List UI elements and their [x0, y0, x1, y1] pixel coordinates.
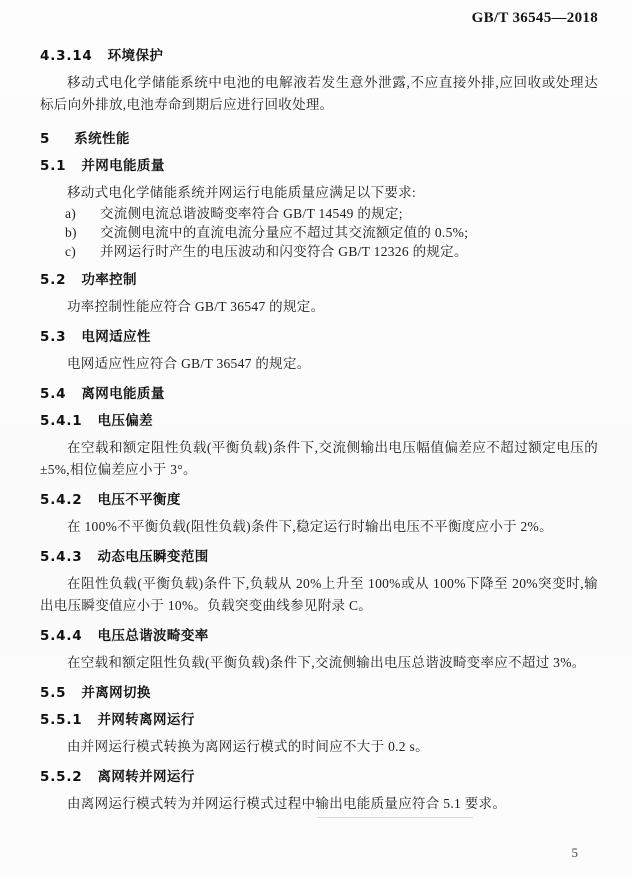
clause-number: 5.2 [40, 272, 66, 288]
clause-title: 并网转离网运行 [97, 712, 194, 728]
paragraph: 由并网运行模式转换为离网运行模式的时间应不大于 0.2 s。 [40, 736, 598, 758]
clause-heading-5-5-2: 5.5.2离网转并网运行 [40, 769, 598, 785]
clause-heading-5-4-1: 5.4.1电压偏差 [40, 413, 598, 429]
clause-heading-5-4-3: 5.4.3动态电压瞬变范围 [40, 549, 598, 565]
paragraph: 在空载和额定阻性负载(平衡负载)条件下,交流侧输出电压总谐波畸变率应不超过 3%… [40, 652, 598, 674]
clause-heading-5-4: 5.4离网电能质量 [40, 386, 598, 402]
clause-heading-5-5: 5.5并离网切换 [40, 685, 598, 701]
clause-number: 5.3 [40, 329, 66, 345]
list-item-c: c)并网运行时产生的电压波动和闪变符合 GB/T 12326 的规定。 [40, 242, 598, 261]
list-item-b: b)交流侧电流中的直流电流分量应不超过其交流额定值的 0.5%; [40, 223, 598, 242]
paragraph: 在空载和额定阻性负载(平衡负载)条件下,交流侧输出电压幅值偏差应不超过额定电压的… [40, 437, 598, 481]
paragraph: 在阻性负载(平衡负载)条件下,负载从 20%上升至 100%或从 100%下降至… [40, 573, 598, 617]
clause-title: 离网电能质量 [81, 386, 164, 402]
paragraph: 功率控制性能应符合 GB/T 36547 的规定。 [40, 296, 598, 318]
clause-title: 动态电压瞬变范围 [97, 549, 208, 565]
clause-heading-5-1: 5.1并网电能质量 [40, 158, 598, 174]
clause-heading-5-2: 5.2功率控制 [40, 272, 598, 288]
page-content: GB/T 36545—2018 4.3.14环境保护 移动式电化学储能系统中电池… [0, 0, 632, 815]
list-marker: b) [65, 223, 100, 242]
clause-number: 5.4.2 [40, 492, 82, 508]
clause-number: 5.5.2 [40, 769, 82, 785]
paragraph: 移动式电化学储能系统并网运行电能质量应满足以下要求: [40, 182, 598, 204]
list-text: 交流侧电流中的直流电流分量应不超过其交流额定值的 0.5%; [100, 223, 598, 242]
clause-title: 电压总谐波畸变率 [97, 628, 208, 644]
clause-title: 离网转并网运行 [97, 769, 194, 785]
list-text: 并网运行时产生的电压波动和闪变符合 GB/T 12326 的规定。 [100, 242, 598, 261]
chapter-heading-5: 5系统性能 [40, 131, 598, 147]
page-header: GB/T 36545—2018 [40, 10, 598, 26]
clause-title: 环境保护 [108, 48, 164, 64]
clause-heading-5-4-2: 5.4.2电压不平衡度 [40, 492, 598, 508]
clause-title: 功率控制 [81, 272, 137, 288]
clause-heading-5-4-4: 5.4.4电压总谐波畸变率 [40, 628, 598, 644]
paragraph: 由离网运行模式转为并网运行模式过程中输出电能质量应符合 5.1 要求。 [40, 793, 598, 815]
standard-number: GB/T 36545—2018 [472, 10, 598, 26]
clause-title: 电压偏差 [97, 413, 153, 429]
clause-number: 5.5 [40, 685, 66, 701]
list-text: 交流侧电流总谐波畸变率符合 GB/T 14549 的规定; [100, 204, 598, 223]
clause-title: 并网电能质量 [81, 158, 164, 174]
clause-number: 5.1 [40, 158, 66, 174]
clause-number: 5.4.1 [40, 413, 82, 429]
clause-number: 5.4 [40, 386, 66, 402]
page-number: 5 [572, 846, 579, 860]
paragraph: 移动式电化学储能系统中电池的电解液若发生意外泄露,不应直接外排,应回收或处理达标… [40, 72, 598, 116]
clause-number: 5.4.3 [40, 549, 82, 565]
clause-heading-5-3: 5.3电网适应性 [40, 329, 598, 345]
clause-title: 电网适应性 [81, 329, 151, 345]
document-page: GB/T 36545—2018 4.3.14环境保护 移动式电化学储能系统中电池… [0, 0, 632, 876]
paragraph: 电网适应性应符合 GB/T 36547 的规定。 [40, 353, 598, 375]
chapter-title: 系统性能 [74, 131, 130, 147]
clause-number: 4.3.14 [40, 48, 93, 64]
list-marker: a) [65, 204, 100, 223]
clause-title: 并离网切换 [81, 685, 151, 701]
list-marker: c) [65, 242, 100, 261]
clause-number: 5.5.1 [40, 712, 82, 728]
clause-number: 5.4.4 [40, 628, 82, 644]
paragraph: 在 100%不平衡负载(阻性负载)条件下,稳定运行时输出电压不平衡度应小于 2%… [40, 516, 598, 538]
scan-artifact-line [317, 817, 473, 818]
clause-heading-4-3-14: 4.3.14环境保护 [40, 48, 598, 64]
list-item-a: a)交流侧电流总谐波畸变率符合 GB/T 14549 的规定; [40, 204, 598, 223]
clause-title: 电压不平衡度 [97, 492, 180, 508]
clause-heading-5-5-1: 5.5.1并网转离网运行 [40, 712, 598, 728]
chapter-number: 5 [40, 131, 50, 147]
